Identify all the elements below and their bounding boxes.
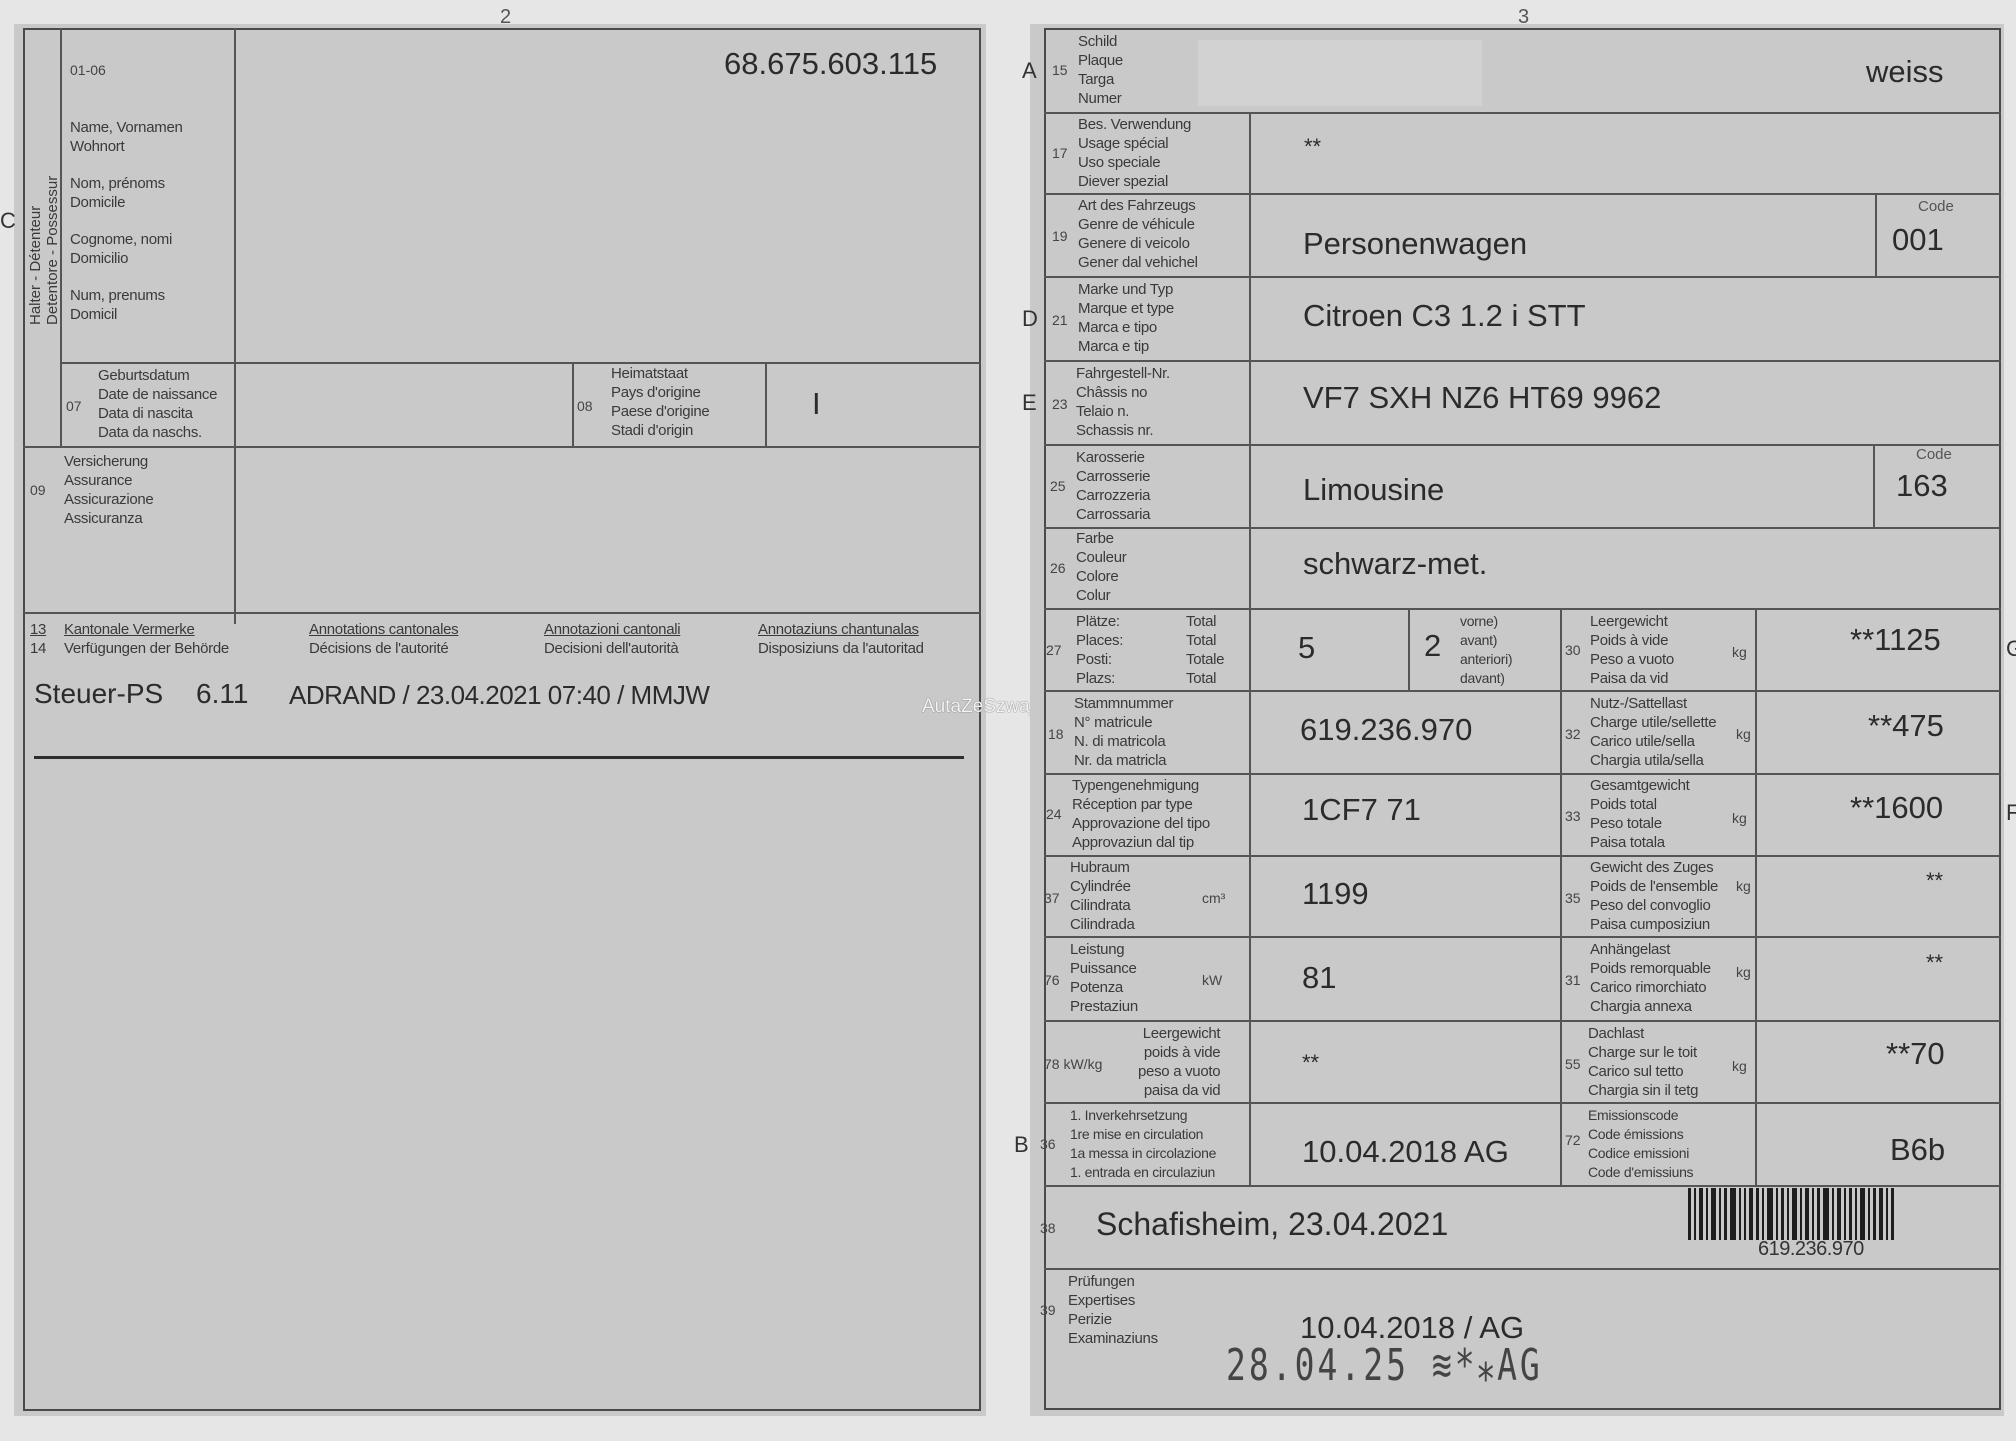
divider <box>1044 193 2001 195</box>
field-number: 18 <box>1048 726 1064 742</box>
divider <box>23 446 981 448</box>
section-letter-b: B <box>1014 1132 1029 1158</box>
annotations-header-fr: Annotations cantonales Décisions de l'au… <box>309 620 458 658</box>
divider <box>1044 690 2001 692</box>
displacement-value: 1199 <box>1302 876 1369 912</box>
holder-labels: Name, Vornamen Wohnort Nom, prénoms Domi… <box>70 118 183 324</box>
special-use-value: ** <box>1304 134 1321 160</box>
body-labels: KarosserieCarrosserieCarrozzeriaCarrossa… <box>1076 448 1150 524</box>
field-number: 01-06 <box>70 62 106 78</box>
type-approval-labels: TypengenehmigungRéception par typeApprov… <box>1072 776 1210 852</box>
divider <box>1044 360 2001 362</box>
power-to-weight-value: ** <box>1302 1050 1319 1076</box>
field-number: 31 <box>1565 972 1581 988</box>
holder-number-value: 68.675.603.115 <box>724 46 937 82</box>
field-number: 72 <box>1565 1132 1581 1148</box>
seats-total-value: 5 <box>1298 630 1315 666</box>
divider <box>1044 527 2001 529</box>
birthdate-labels: Geburtsdatum Date de naissance Data di n… <box>98 366 217 442</box>
unit-label: kg <box>1732 810 1747 826</box>
unit-label: kg <box>1732 644 1747 660</box>
section-letter-d: D <box>1022 306 1038 332</box>
field-number: 26 <box>1050 560 1066 576</box>
divider <box>1044 936 2001 938</box>
section-letter-a: A <box>1022 58 1037 84</box>
unit-label: kW <box>1202 972 1222 988</box>
towing-weight-labels: AnhängelastPoids remorquableCarico rimor… <box>1590 940 1711 1016</box>
special-use-labels: Bes. VerwendungUsage spécialUso speciale… <box>1078 115 1191 191</box>
field-number: 07 <box>66 398 82 414</box>
divider <box>1875 193 1877 276</box>
unit-label: kg <box>1736 726 1751 742</box>
power-to-weight-labels: Leergewichtpoids à videpeso a vuotopaisa… <box>1138 1024 1220 1100</box>
section-letter-g: G <box>2006 636 2016 662</box>
type-approval-value: 1CF7 71 <box>1302 792 1421 828</box>
total-weight-value: **1600 <box>1850 790 1943 826</box>
origin-labels: Heimatstaat Pays d'origine Paese d'origi… <box>611 364 709 440</box>
roof-load-value: **70 <box>1886 1036 1945 1072</box>
signature-line <box>34 756 964 759</box>
unit-label: kg <box>1732 1058 1747 1074</box>
code-label: Code <box>1918 198 1954 215</box>
divider <box>1044 855 2001 857</box>
origin-value: I <box>812 386 821 422</box>
field-number: 17 <box>1052 145 1068 161</box>
section-letter-f: F <box>2006 800 2016 826</box>
field-number: 27 <box>1046 642 1062 658</box>
divider <box>1044 276 2001 278</box>
field-number: 39 <box>1040 1302 1056 1318</box>
divider <box>1044 608 2001 610</box>
registration-number-labels: StammnummerN° matriculeN. di matricolaNr… <box>1074 694 1173 770</box>
towing-weight-value: ** <box>1926 950 1943 976</box>
annotations-header-it: Annotazioni cantonali Decisioni dell'aut… <box>544 620 680 658</box>
power-value: 81 <box>1302 960 1336 996</box>
field-number: 32 <box>1565 726 1581 742</box>
divider <box>23 612 981 614</box>
code-label: Code <box>1916 446 1952 463</box>
displacement-labels: HubraumCylindréeCilindrataCilindrada <box>1070 858 1135 934</box>
body-code: 163 <box>1896 468 1948 504</box>
divider <box>1044 1102 2001 1104</box>
seats-front-value: 2 <box>1424 628 1441 664</box>
field-number: 76 <box>1044 972 1060 988</box>
field-number: 09 <box>30 482 46 498</box>
section-letter-c: C <box>0 208 16 234</box>
divider <box>1755 608 1757 1185</box>
barcode <box>1688 1188 1897 1240</box>
section-letter-e: E <box>1022 390 1037 416</box>
field-number: 38 <box>1040 1220 1056 1236</box>
power-labels: LeistungPuissancePotenzaPrestaziun <box>1070 940 1138 1016</box>
seats-labels: Plätze:Places:Posti:Plazs: <box>1076 612 1123 688</box>
body-value: Limousine <box>1303 472 1444 508</box>
registration-number-value: 619.236.970 <box>1300 712 1472 748</box>
divider <box>1249 112 1251 1185</box>
divider <box>1044 112 2001 114</box>
plate-color-value: weiss <box>1866 54 1944 90</box>
divider <box>1044 1185 2001 1187</box>
inspection-labels: PrüfungenExpertisesPerizieExaminaziuns <box>1068 1272 1158 1348</box>
empty-weight-labels: LeergewichtPoids à videPeso a vuotoPaisa… <box>1590 612 1674 688</box>
field-number: 15 <box>1052 62 1068 78</box>
vehicle-type-labels: Art des FahrzeugsGenre de véhiculeGenere… <box>1078 196 1198 272</box>
emission-code-labels: EmissionscodeCode émissionsCodice emissi… <box>1588 1106 1693 1182</box>
train-weight-labels: Gewicht des ZugesPoids de l'ensemblePeso… <box>1590 858 1718 934</box>
make-model-labels: Marke und TypMarque et typeMarca e tipoM… <box>1078 280 1174 356</box>
divider <box>1560 608 1562 1185</box>
annotations-numbers: 13 14 <box>30 620 46 658</box>
field-number: 21 <box>1052 312 1068 328</box>
chassis-value: VF7 SXH NZ6 HT69 9962 <box>1303 380 1661 416</box>
divider <box>60 362 981 364</box>
train-weight-value: ** <box>1926 868 1943 894</box>
empty-weight-value: **1125 <box>1850 622 1941 658</box>
color-labels: FarbeCouleurColoreColur <box>1076 529 1126 605</box>
divider <box>1044 444 2001 446</box>
field-number: 33 <box>1565 808 1581 824</box>
inspection-stamp: 28.04.25 ≋*⁎AG <box>1226 1340 1543 1391</box>
divider <box>1044 1020 2001 1022</box>
annotations-header-de: Kantonale Vermerke Verfügungen der Behör… <box>64 620 229 658</box>
field-number: 25 <box>1050 478 1066 494</box>
tax-hp-value: 6.11 <box>196 678 248 710</box>
field-number: 24 <box>1046 806 1062 822</box>
first-registration-value: 10.04.2018 AG <box>1302 1134 1509 1170</box>
field-number: 19 <box>1052 228 1068 244</box>
divider <box>765 362 767 446</box>
insurance-labels: Versicherung Assurance Assicurazione Ass… <box>64 452 153 528</box>
divider <box>572 362 574 446</box>
barcode-number: 619.236.970 <box>1758 1238 1864 1261</box>
field-number: 55 <box>1565 1056 1581 1072</box>
divider <box>1408 608 1410 690</box>
field-number: 36 <box>1040 1136 1056 1152</box>
total-weight-labels: GesamtgewichtPoids totalPeso totalePaisa… <box>1590 776 1689 852</box>
issue-place-date: Schafisheim, 23.04.2021 <box>1096 1206 1448 1243</box>
field-number: 30 <box>1565 642 1581 658</box>
tax-hp-label: Steuer-PS <box>34 678 163 710</box>
seats-total-labels: TotalTotalTotaleTotal <box>1186 612 1224 688</box>
vehicle-type-code: 001 <box>1892 222 1944 258</box>
field-number: 35 <box>1565 890 1581 906</box>
holder-vertical-label: Halter - Détenteur Detentore - Possessur <box>27 176 61 325</box>
field-number: 37 <box>1044 890 1060 906</box>
stars-icon: *⁎ <box>1455 1340 1497 1391</box>
vehicle-type-value: Personenwagen <box>1303 226 1527 262</box>
field-number: 08 <box>577 398 593 414</box>
annotations-header-rm: Annotaziuns chantunalas Disposiziuns da … <box>758 620 924 658</box>
canton-wave-icon: ≋ <box>1432 1340 1455 1391</box>
plate-labels: SchildPlaqueTargaNumer <box>1078 32 1123 108</box>
color-value: schwarz-met. <box>1303 546 1487 582</box>
unit-label: cm³ <box>1202 890 1225 906</box>
payload-labels: Nutz-/SattellastCharge utile/selletteCar… <box>1590 694 1716 770</box>
seats-front-labels: vorne)avant)anteriori)davant) <box>1460 612 1512 688</box>
make-model-value: Citroen C3 1.2 i STT <box>1303 298 1586 334</box>
emission-code-value: B6b <box>1890 1132 1945 1168</box>
divider <box>1044 1268 2001 1270</box>
payload-value: **475 <box>1868 708 1944 744</box>
annotation-record: ADRAND / 23.04.2021 07:40 / MMJW <box>289 680 709 711</box>
unit-label: kg <box>1736 878 1751 894</box>
first-registration-labels: 1. Inverkehrsetzung1re mise en circulati… <box>1070 1106 1216 1182</box>
plate-redaction <box>1198 40 1482 106</box>
field-number: 78 kW/kg <box>1044 1056 1102 1072</box>
divider <box>1044 773 2001 775</box>
chassis-labels: Fahrgestell-Nr.Châssis noTelaio n.Schass… <box>1076 364 1170 440</box>
field-number: 23 <box>1052 396 1068 412</box>
unit-label: kg <box>1736 964 1751 980</box>
roof-load-labels: DachlastCharge sur le toitCarico sul tet… <box>1588 1024 1698 1100</box>
divider <box>234 28 236 624</box>
divider <box>1873 444 1875 527</box>
